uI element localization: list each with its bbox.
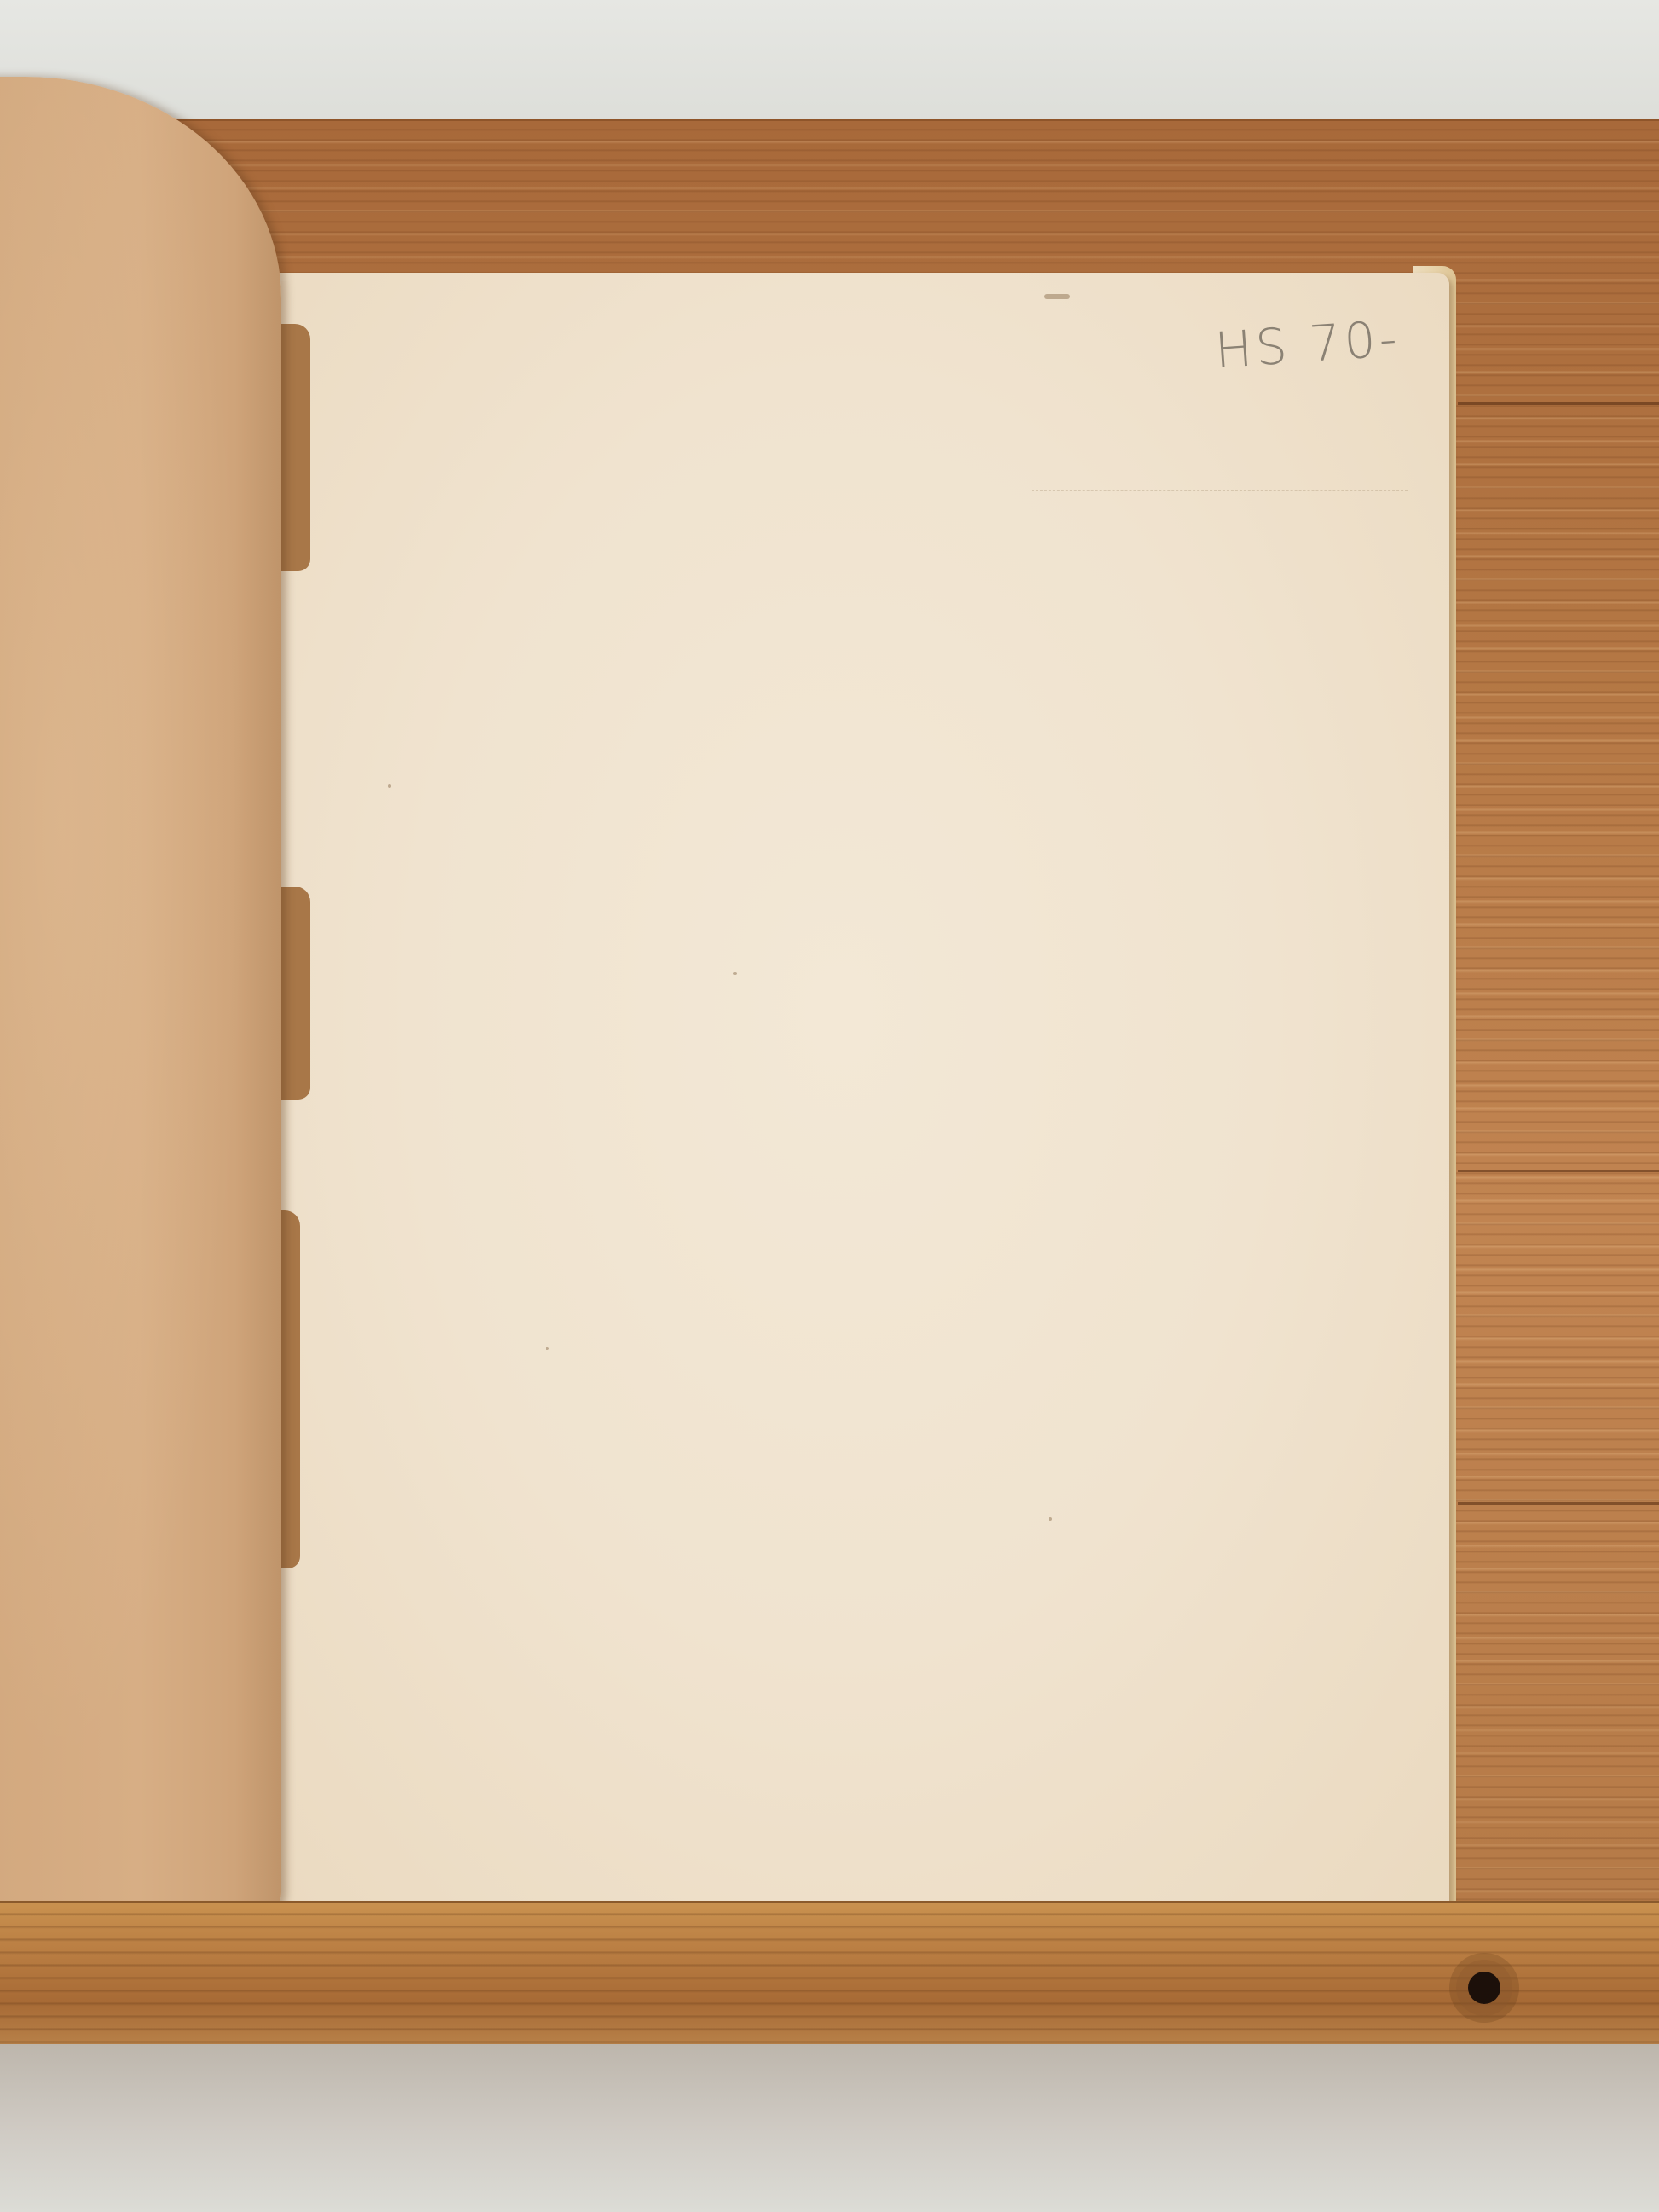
backdrop [0,0,1659,136]
paper-speck [733,972,737,975]
paper-speck [546,1347,549,1350]
page-tear [281,324,310,571]
screw-hole-icon [1468,1972,1500,2004]
wood-seam [1458,1502,1659,1505]
left-endpaper [0,77,281,1943]
paper-speck [388,784,391,788]
table-surface [0,2044,1659,2212]
wood-seam [1458,402,1659,405]
page-tear [281,1210,300,1568]
paper-speck [1049,1517,1052,1521]
paper-speck [1044,294,1070,299]
right-page [230,273,1449,1922]
cradle-front-rail [0,1901,1659,2047]
page-tear [281,887,310,1100]
wood-seam [1458,1170,1659,1172]
